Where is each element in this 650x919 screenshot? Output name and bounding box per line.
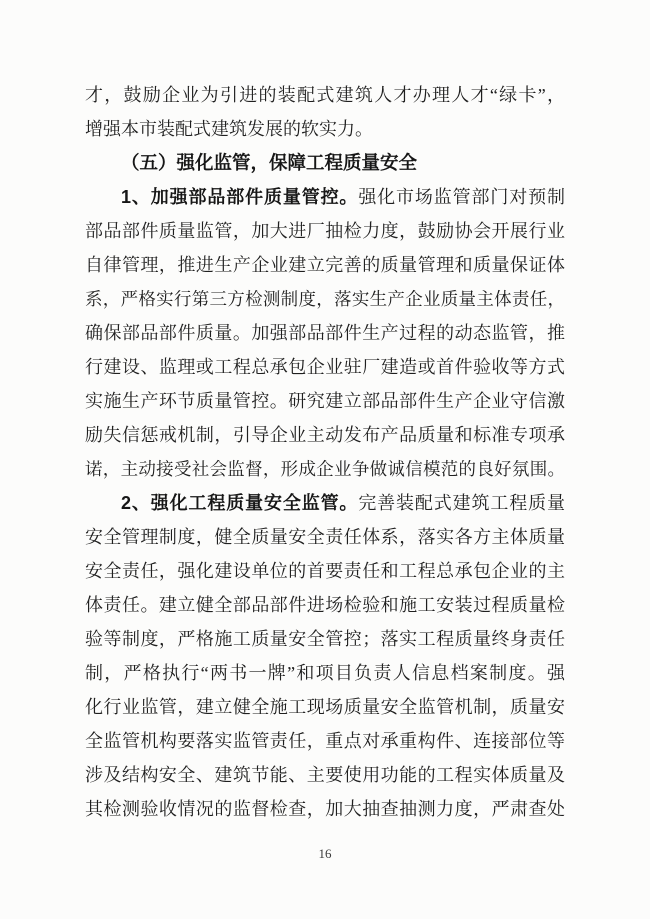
paragraph-lead: 1、加强部品部件质量管控。	[121, 187, 358, 207]
text-line: 实施生产环节质量管控。研究建立部品部件生产企业守信激	[85, 384, 565, 418]
text-line: 才，鼓励企业为引进的装配式建筑人才办理人才“绿卡”，	[85, 78, 565, 112]
section-heading: （五）强化监管，保障工程质量安全	[85, 146, 565, 180]
text-line: 确保部品部件质量。加强部品部件生产过程的动态监管，推	[85, 316, 565, 350]
text-line: 行建设、监理或工程总承包企业驻厂建造或首件验收等方式	[85, 350, 565, 384]
paragraph-lead: 2、强化工程质量安全监管。	[121, 493, 358, 513]
text-line: 体责任。建立健全部品部件进场检验和施工安装过程质量检	[85, 588, 565, 622]
line-text: 强化市场监管部门对预制	[358, 187, 565, 207]
text-line: 部品部件质量监管，加大进厂抽检力度，鼓励协会开展行业	[85, 214, 565, 248]
text-line: 涉及结构安全、建筑节能、主要使用功能的工程实体质量及	[85, 758, 565, 792]
line-text: 完善装配式建筑工程质量	[358, 493, 565, 513]
text-line: 1、加强部品部件质量管控。强化市场监管部门对预制	[85, 180, 565, 214]
document-page: 才，鼓励企业为引进的装配式建筑人才办理人才“绿卡”， 增强本市装配式建筑发展的软…	[0, 0, 650, 919]
text-line: 全监管机构要落实监管责任，重点对承重构件、连接部位等	[85, 724, 565, 758]
text-line: 增强本市装配式建筑发展的软实力。	[85, 112, 565, 146]
text-line: 化行业监管，建立健全施工现场质量安全监管机制，质量安	[85, 690, 565, 724]
page-number: 16	[0, 846, 650, 862]
text-line: 安全管理制度，健全质量安全责任体系，落实各方主体质量	[85, 520, 565, 554]
text-line: 2、强化工程质量安全监管。完善装配式建筑工程质量	[85, 486, 565, 520]
text-line: 其检测验收情况的监督检查，加大抽查抽测力度，严肃查处	[85, 792, 565, 826]
text-block: 才，鼓励企业为引进的装配式建筑人才办理人才“绿卡”， 增强本市装配式建筑发展的软…	[85, 78, 565, 826]
text-line: 自律管理，推进生产企业建立完善的质量管理和质量保证体	[85, 248, 565, 282]
text-line: 验等制度，严格施工质量安全管控；落实工程质量终身责任	[85, 622, 565, 656]
text-line: 安全责任，强化建设单位的首要责任和工程总承包企业的主	[85, 554, 565, 588]
text-line: 制，严格执行“两书一牌”和项目负责人信息档案制度。强	[85, 656, 565, 690]
text-line: 诺，主动接受社会监督，形成企业争做诚信模范的良好氛围。	[85, 452, 565, 486]
text-line: 励失信惩戒机制，引导企业主动发布产品质量和标准专项承	[85, 418, 565, 452]
text-line: 系，严格实行第三方检测制度，落实生产企业质量主体责任，	[85, 282, 565, 316]
